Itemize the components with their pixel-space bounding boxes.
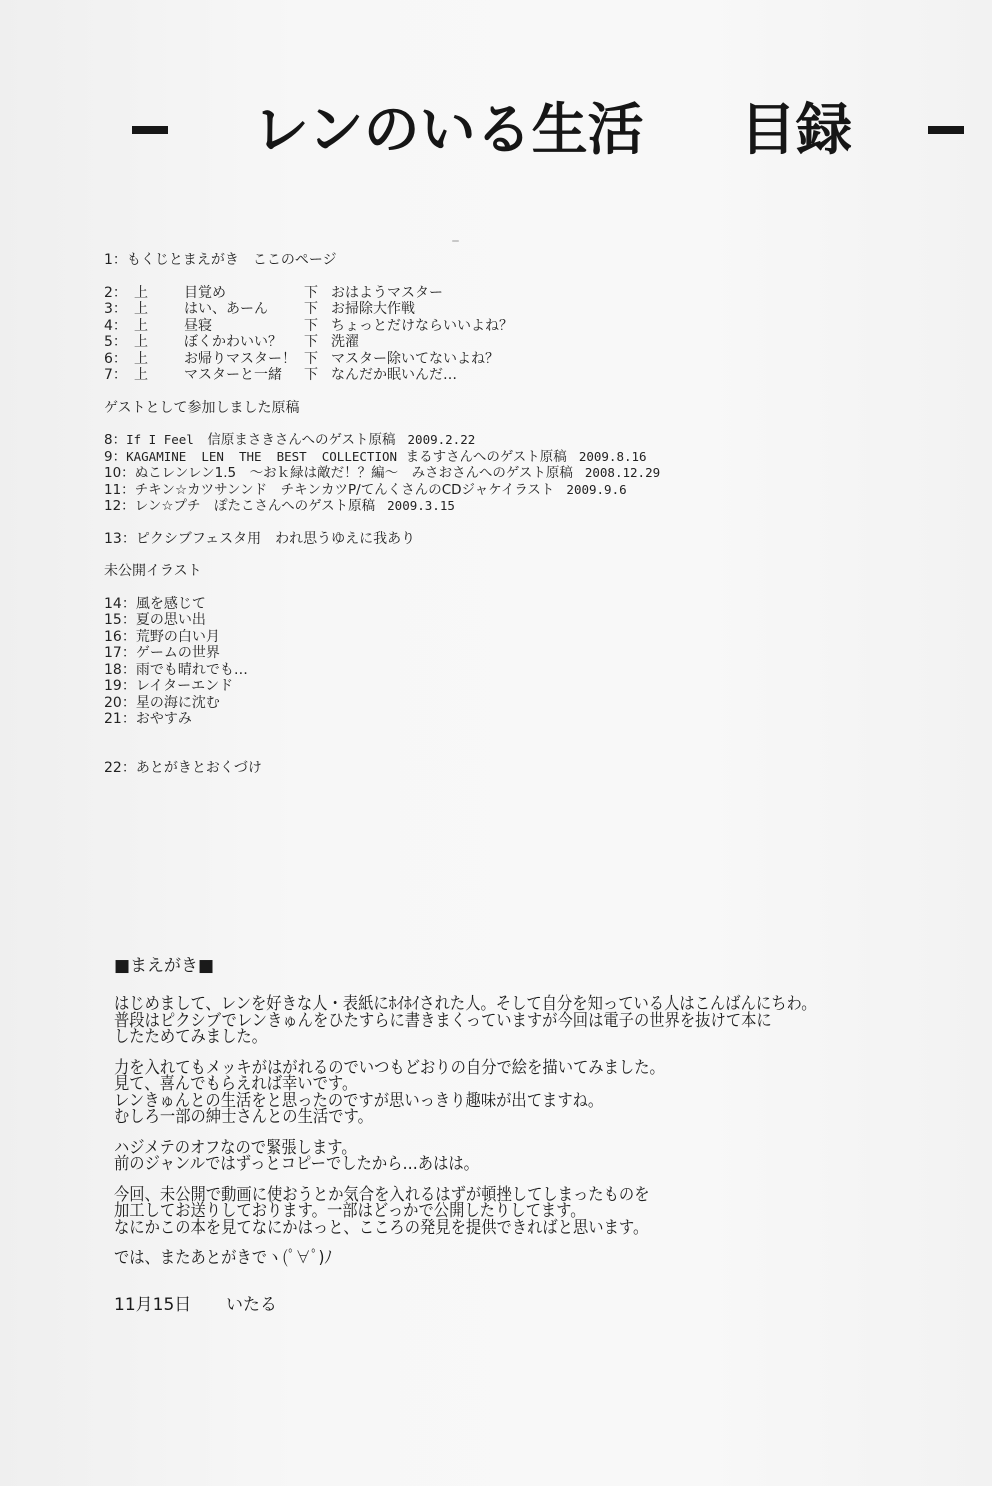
unpublished-item: 18：雨でも晴れでも…	[104, 662, 804, 679]
guest-item: 11：チキン☆カツサンンド チキンカツP/てんくさんのCDジャケイラスト2009…	[104, 482, 804, 499]
document-page: { "title": { "left_dash": "—", "main": "…	[0, 0, 992, 1486]
title-dash-right	[928, 126, 964, 134]
toc-item-13: 13：ピクシブフェスタ用 われ思うゆえに我あり	[104, 531, 804, 548]
toc-pair-row: 2：上目覚め下おはようマスター	[104, 285, 804, 302]
table-of-contents: 1：もくじとまえがき ここのページ 2：上目覚め下おはようマスター 3：上はい、…	[104, 252, 804, 776]
toc-pair-row: 5：上ぼくかわいい？下洗濯	[104, 334, 804, 351]
unpublished-section-heading: 未公開イラスト	[104, 563, 804, 580]
preface-heading: ■まえがき■	[114, 958, 992, 982]
unpublished-item: 16：荒野の白い月	[104, 629, 804, 646]
scan-speck	[452, 240, 459, 242]
preface-section: ■まえがき■ はじめまして、レンを好きな人・表紙にﾎｲﾎｲされた人。そして自分を…	[114, 958, 992, 1313]
preface-paragraph: では、またあとがきでヽ(ﾟ∀ﾟ)ﾉ	[114, 1250, 992, 1267]
guest-item: 9：KAGAMINE LEN THE BEST COLLECTION まるすさん…	[104, 449, 804, 466]
title-dash-left	[132, 126, 168, 134]
toc-item-1: 1：もくじとまえがき ここのページ	[104, 252, 804, 269]
guest-item: 12：レン☆プチ ぽたこさんへのゲスト原稿2009.3.15	[104, 498, 804, 515]
toc-pair-row: 4：上昼寝下ちょっとだけならいいよね？	[104, 318, 804, 335]
unpublished-item: 14：風を感じて	[104, 596, 804, 613]
preface-paragraph: 力を入れてもメッキがはがれるのでいつもどおりの自分で絵を描いてみました。 見て、…	[114, 1060, 992, 1126]
preface-paragraph: 今回、未公開で動画に使おうとか気合を入れるはずが頓挫してしまったものを 加工して…	[114, 1187, 992, 1237]
guest-item: 10：ぬこレンレン1.5 ～おｋ緑は敵だ！？編～ みさおさんへのゲスト原稿200…	[104, 465, 804, 482]
guest-item: 8：If I Feel 信原まさきさんへのゲスト原稿2009.2.22	[104, 432, 804, 449]
toc-pair-row: 7：上マスターと一緒下なんだか眠いんだ…	[104, 367, 804, 384]
toc-item-22: 22：あとがきとおくづけ	[104, 760, 804, 777]
unpublished-item: 15：夏の思い出	[104, 612, 804, 629]
signature-author: いたる	[226, 1297, 277, 1314]
signature-date: 11月15日	[114, 1297, 226, 1314]
title-main: レンのいる生活	[253, 96, 644, 166]
toc-pair-row: 3：上はい、あーん下お掃除大作戦	[104, 301, 804, 318]
toc-pair-row: 6：上お帰りマスター！下マスター除いてないよね？	[104, 351, 804, 368]
title-sub: 目録	[740, 96, 852, 166]
unpublished-item: 20：星の海に沈む	[104, 695, 804, 712]
unpublished-item: 19：レイターエンド	[104, 678, 804, 695]
unpublished-item: 17：ゲームの世界	[104, 645, 804, 662]
unpublished-item: 21：おやすみ	[104, 711, 804, 728]
preface-paragraph: ハジメテのオフなので緊張します。 前のジャンルではずっとコピーでしたから…あはは…	[114, 1140, 992, 1173]
page-title: レンのいる生活 目録	[128, 96, 968, 166]
signature: 11月15日 いたる	[114, 1297, 992, 1314]
preface-paragraph: はじめまして、レンを好きな人・表紙にﾎｲﾎｲされた人。そして自分を知っている人は…	[114, 996, 992, 1046]
guest-section-heading: ゲストとして参加しました原稿	[104, 400, 804, 417]
